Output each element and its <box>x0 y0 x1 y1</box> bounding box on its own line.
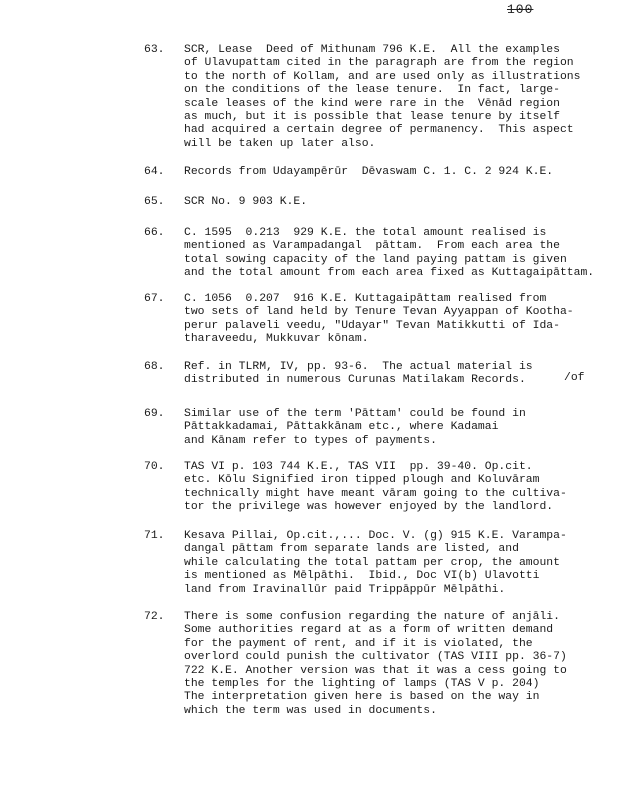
footnote-63: 63.SCR, Lease Deed of Mithunam 796 K.E. … <box>144 44 614 151</box>
footnote-number: 65. <box>144 196 165 209</box>
footnote-text: Ref. in TLRM, IV, pp. 93-6. The actual m… <box>184 361 614 388</box>
text-line: the temples for the lighting of lamps (T… <box>184 678 614 691</box>
footnote-text: SCR, Lease Deed of Mithunam 796 K.E. All… <box>184 44 614 151</box>
text-line: to the north of Kollam, and are used onl… <box>184 71 614 84</box>
footnote-text: TAS VI p. 103 744 K.E., TAS VII pp. 39-4… <box>184 461 614 515</box>
footnote-66: 66.C. 1595 0.213 929 K.E. the total amou… <box>144 227 614 281</box>
footnote-69: 69.Similar use of the term 'Pāttam' coul… <box>144 408 614 448</box>
text-line: C. 1595 0.213 929 K.E. the total amount … <box>184 227 614 240</box>
text-line: The interpretation given here is based o… <box>184 691 614 704</box>
text-line: scale leases of the kind were rare in th… <box>184 98 614 111</box>
text-line: as much, but it is possible that lease t… <box>184 111 614 124</box>
text-line: SCR, Lease Deed of Mithunam 796 K.E. All… <box>184 44 614 57</box>
text-line: while calculating the total pattam per c… <box>184 557 614 570</box>
footnote-70: 70.TAS VI p. 103 744 K.E., TAS VII pp. 3… <box>144 461 614 515</box>
footnote-number: 63. <box>144 44 165 57</box>
text-line: C. 1056 0.207 916 K.E. Kuttagaipāttam re… <box>184 293 614 306</box>
text-line: TAS VI p. 103 744 K.E., TAS VII pp. 39-4… <box>184 461 614 474</box>
footnote-number: 66. <box>144 227 165 240</box>
footnote-64: 64.Records from Udayampērūr Dēvaswam C. … <box>144 166 614 179</box>
text-line: SCR No. 9 903 K.E. <box>184 196 614 209</box>
text-line: Some authorities regard at as a form of … <box>184 624 614 637</box>
text-line: distributed in numerous Curunas Matilaka… <box>184 374 614 387</box>
footnote-text: Records from Udayampērūr Dēvaswam C. 1. … <box>184 166 614 179</box>
footnote-number: 67. <box>144 293 165 306</box>
footnote-71: 71.Kesava Pillai, Op.cit.,... Doc. V. (g… <box>144 530 614 597</box>
footnote-number: 72. <box>144 611 165 624</box>
text-line: dangal pāttam from separate lands are li… <box>184 543 614 556</box>
footnote-72: 72.There is some confusion regarding the… <box>144 611 614 718</box>
footnote-number: 71. <box>144 530 165 543</box>
text-line: Similar use of the term 'Pāttam' could b… <box>184 408 614 421</box>
text-line: and Kānam refer to types of payments. <box>184 435 614 448</box>
text-line: etc. Kōlu Signified iron tipped plough a… <box>184 474 614 487</box>
text-line: which the term was used in documents. <box>184 705 614 718</box>
footnote-67: 67.C. 1056 0.207 916 K.E. Kuttagaipāttam… <box>144 293 614 347</box>
text-line: of Ulavupattam cited in the paragraph ar… <box>184 57 614 70</box>
text-line: mentioned as Varampadangal pāttam. From … <box>184 240 614 253</box>
footnote-68: 68.Ref. in TLRM, IV, pp. 93-6. The actua… <box>144 361 614 388</box>
page-number: 100 <box>507 2 533 17</box>
text-line: on the conditions of the lease tenure. I… <box>184 84 614 97</box>
footnote-text: C. 1056 0.207 916 K.E. Kuttagaipāttam re… <box>184 293 614 347</box>
footnote-text: There is some confusion regarding the na… <box>184 611 614 718</box>
text-line: total sowing capacity of the land paying… <box>184 254 614 267</box>
footnote-number: 64. <box>144 166 165 179</box>
text-line: is mentioned as Mēlpāthi. Ibid., Doc VI(… <box>184 570 614 583</box>
footnote-number: 70. <box>144 461 165 474</box>
footnote-number: 68. <box>144 361 165 374</box>
text-line: Pāttakkadamai, Pāttakkānam etc., where K… <box>184 421 614 434</box>
text-line: Kesava Pillai, Op.cit.,... Doc. V. (g) 9… <box>184 530 614 543</box>
text-line: land from Iravinallūr paid Trippāppūr Mē… <box>184 584 614 597</box>
text-line: tharaveedu, Mukkuvar kōnam. <box>184 333 614 346</box>
text-line: tor the privilege was however enjoyed by… <box>184 501 614 514</box>
text-line: Records from Udayampērūr Dēvaswam C. 1. … <box>184 166 614 179</box>
footnote-text: Similar use of the term 'Pāttam' could b… <box>184 408 614 448</box>
text-line: 722 K.E. Another version was that it was… <box>184 665 614 678</box>
footnote-text: Kesava Pillai, Op.cit.,... Doc. V. (g) 9… <box>184 530 614 597</box>
footnote-number: 69. <box>144 408 165 421</box>
text-line: Ref. in TLRM, IV, pp. 93-6. The actual m… <box>184 361 614 374</box>
margin-annotation: /of <box>564 372 585 384</box>
text-line: perur palaveli veedu, "Udayar" Tevan Mat… <box>184 320 614 333</box>
text-line: and the total amount from each area fixe… <box>184 267 614 280</box>
text-line: will be taken up later also. <box>184 138 614 151</box>
text-line: had acquired a certain degree of permane… <box>184 124 614 137</box>
text-line: There is some confusion regarding the na… <box>184 611 614 624</box>
footnote-text: C. 1595 0.213 929 K.E. the total amount … <box>184 227 614 281</box>
footnote-text: SCR No. 9 903 K.E. <box>184 196 614 209</box>
text-line: overlord could punish the cultivator (TA… <box>184 651 614 664</box>
text-line: technically might have meant vāram going… <box>184 488 614 501</box>
text-line: two sets of land held by Tenure Tevan Ay… <box>184 306 614 319</box>
text-line: for the payment of rent, and if it is vi… <box>184 638 614 651</box>
footnote-65: 65.SCR No. 9 903 K.E. <box>144 196 614 209</box>
